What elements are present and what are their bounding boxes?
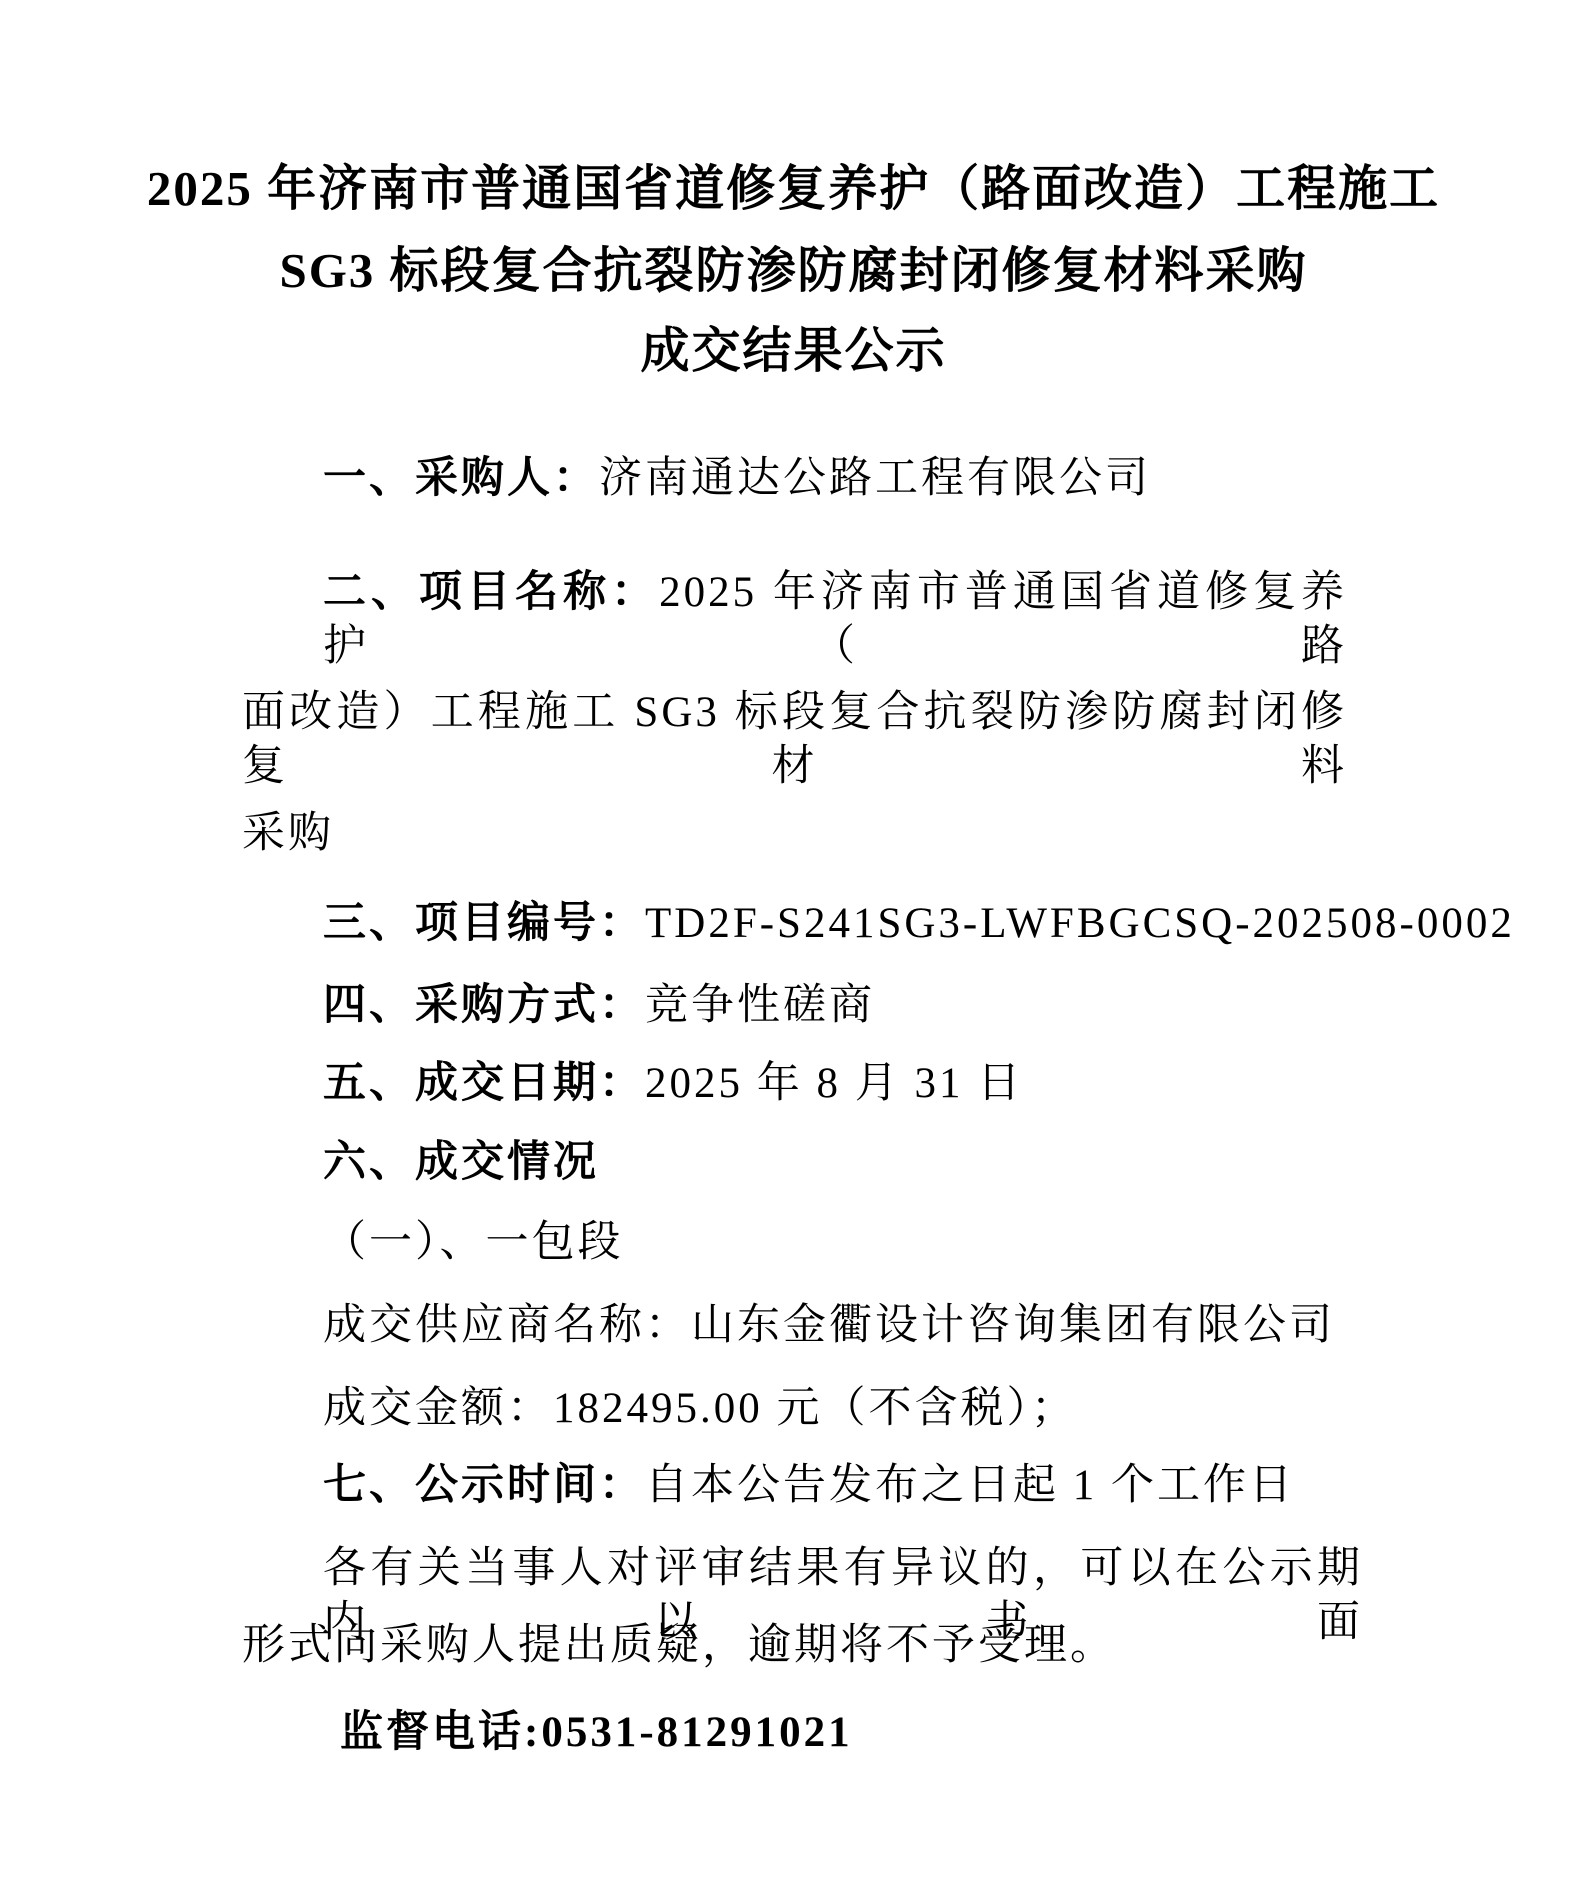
doc-title-line-3: 成交结果公示: [0, 320, 1587, 381]
doc-title-text-1: 2025 年济南市普通国省道修复养护（路面改造）工程施工: [147, 161, 1440, 216]
publicity-line: 七、公示时间：自本公告发布之日起 1 个工作日: [323, 1459, 1295, 1513]
procurement-method-label: 四、采购方式：: [323, 982, 645, 1029]
project-number-value: TD2F-S241SG3-LWFBGCSQ-202508-0002: [645, 900, 1515, 947]
doc-title-text-2: SG3 标段复合抗裂防渗防腐封闭修复材料采购: [279, 243, 1307, 298]
package1-heading: （一）、一包段: [323, 1216, 624, 1270]
buyer-value: 济南通达公路工程有限公司: [599, 455, 1151, 502]
package1-supplier-line: 成交供应商名称：山东金衢设计咨询集团有限公司: [323, 1299, 1335, 1353]
buyer-label: 一、采购人：: [323, 455, 599, 502]
procurement-method-line: 四、采购方式：竞争性磋商: [323, 979, 875, 1033]
award-section-heading: 六、成交情况: [323, 1136, 599, 1190]
procurement-method-value: 竞争性磋商: [645, 982, 875, 1029]
project-name-value-2: 面改造）工程施工 SG3 标段复合抗裂防渗防腐封闭修复材料: [242, 689, 1347, 790]
publicity-value: 自本公告发布之日起 1 个工作日: [645, 1462, 1295, 1509]
supervision-phone-label: 监督电话:: [340, 1709, 541, 1756]
award-date-label: 五、成交日期：: [323, 1060, 645, 1107]
publicity-label: 七、公示时间：: [323, 1462, 645, 1509]
project-name-label: 二、项目名称：: [323, 569, 659, 616]
objection-line-2: 形式向采购人提出质疑，逾期将不予受理。: [242, 1619, 1116, 1673]
award-date-value: 2025 年 8 月 31 日: [645, 1060, 1023, 1107]
project-name-line-2: 面改造）工程施工 SG3 标段复合抗裂防渗防腐封闭修复材料: [242, 686, 1347, 794]
project-number-line: 三、项目编号：TD2F-S241SG3-LWFBGCSQ-202508-0002: [323, 897, 1515, 951]
package1-amount-text: 成交金额：182495.00 元（不含税）；: [323, 1385, 1077, 1432]
package1-heading-text: （一）、一包段: [323, 1219, 624, 1266]
project-name-line-1: 二、项目名称：2025 年济南市普通国省道修复养护（路: [323, 566, 1347, 674]
package1-amount-line: 成交金额：182495.00 元（不含税）；: [323, 1382, 1077, 1436]
award-date-line: 五、成交日期：2025 年 8 月 31 日: [323, 1057, 1023, 1111]
buyer-line: 一、采购人：济南通达公路工程有限公司: [323, 452, 1151, 506]
doc-title-line-2: SG3 标段复合抗裂防渗防腐封闭修复材料采购: [0, 240, 1587, 301]
award-section-label: 六、成交情况: [323, 1139, 599, 1186]
project-number-label: 三、项目编号：: [323, 900, 645, 947]
doc-title-line-1: 2025 年济南市普通国省道修复养护（路面改造）工程施工: [0, 158, 1587, 219]
doc-title-text-3: 成交结果公示: [640, 323, 946, 378]
package1-supplier-text: 成交供应商名称：山东金衢设计咨询集团有限公司: [323, 1302, 1335, 1349]
supervision-phone-number: 0531-81291021: [541, 1709, 852, 1756]
project-name-value-3: 采购: [242, 810, 334, 857]
document-page: 2025 年济南市普通国省道修复养护（路面改造）工程施工 SG3 标段复合抗裂防…: [0, 0, 1587, 1904]
objection-text-2: 形式向采购人提出质疑，逾期将不予受理。: [242, 1622, 1116, 1669]
supervision-phone-line: 监督电话:0531-81291021: [340, 1706, 853, 1760]
project-name-line-3: 采购: [242, 807, 334, 861]
